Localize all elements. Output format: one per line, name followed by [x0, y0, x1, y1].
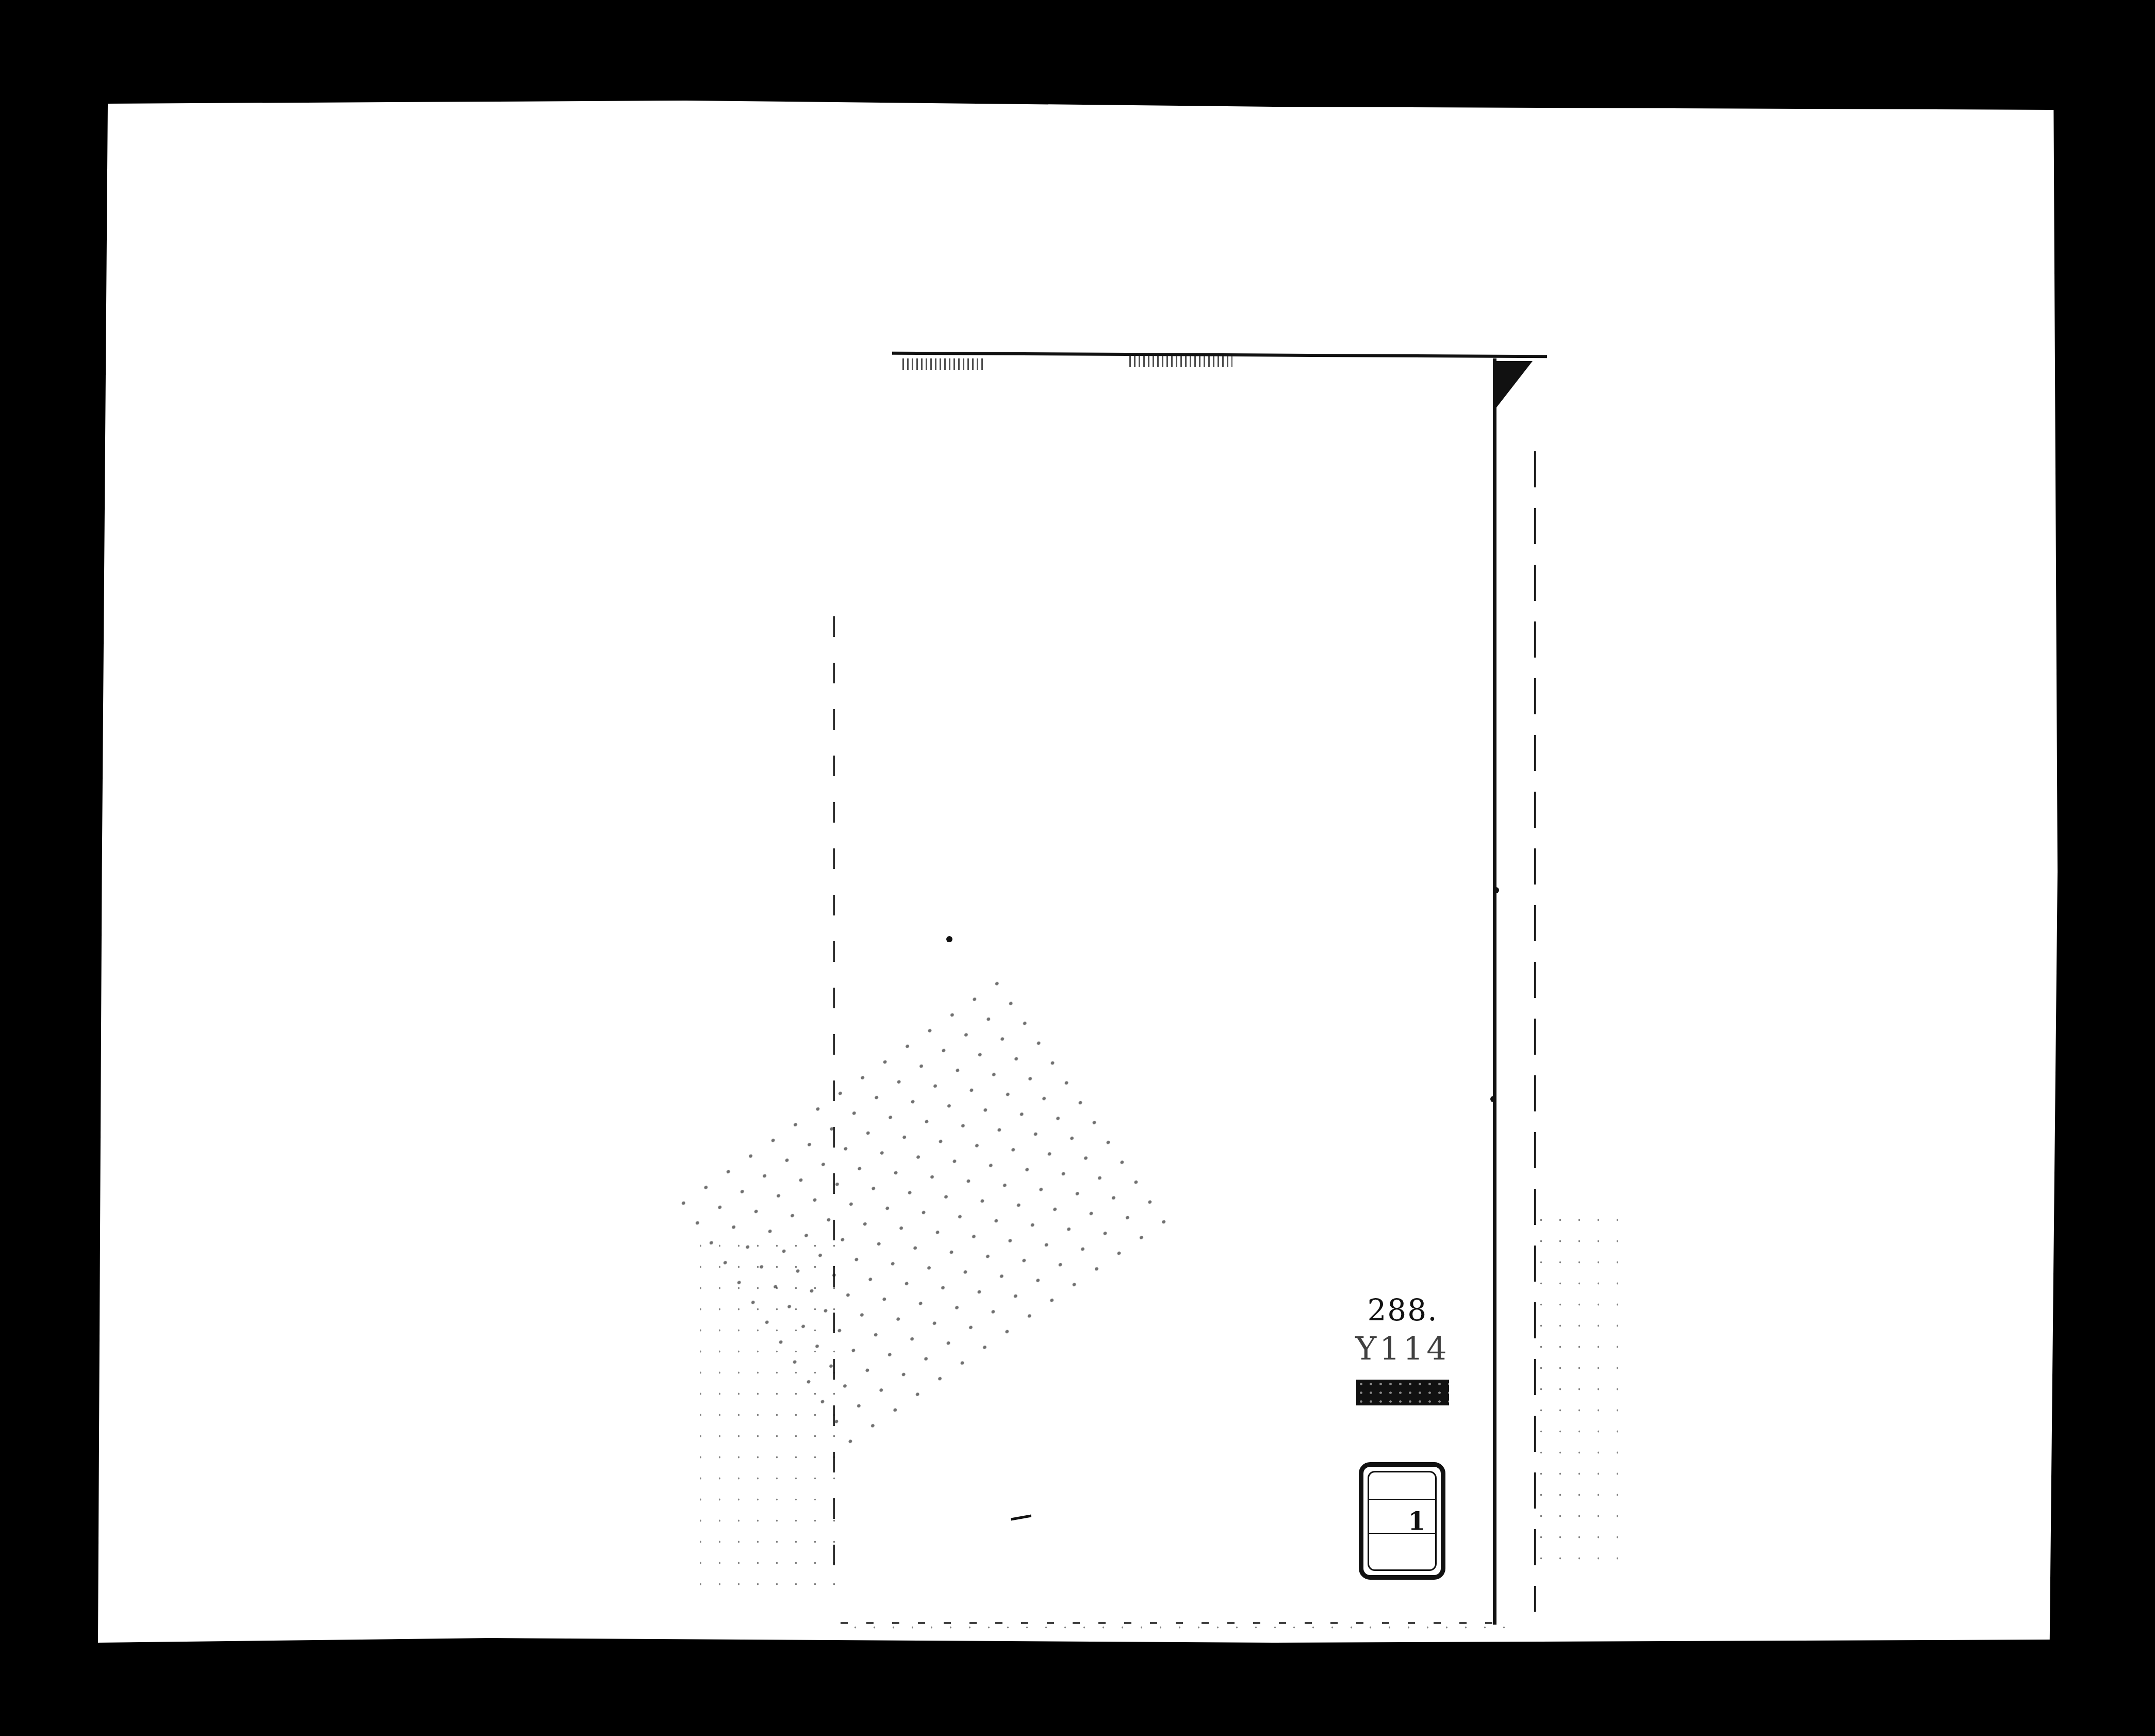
- spine-corner-fold: [1496, 361, 1533, 407]
- volume-label-border: [1368, 1471, 1437, 1571]
- call-number-bar: [1356, 1380, 1449, 1405]
- speck: [1011, 1515, 1031, 1521]
- scan-noise: [846, 1617, 1516, 1679]
- call-number-line1: 288.: [1351, 1292, 1454, 1328]
- call-number-line2: Y114: [1351, 1328, 1454, 1369]
- top-smudge: [902, 358, 985, 370]
- scan-noise: [1532, 1209, 1635, 1570]
- scanned-page: 288. Y114 1: [98, 101, 2058, 1643]
- volume-number: 1: [1408, 1507, 1425, 1536]
- top-smudge: [1129, 356, 1232, 367]
- spine-edge: [1493, 358, 1496, 1625]
- speck: [1490, 1096, 1496, 1102]
- call-number-label: 288. Y114: [1351, 1292, 1454, 1405]
- speck: [1493, 887, 1499, 893]
- volume-label-divider: [1368, 1533, 1437, 1534]
- speck: [946, 936, 952, 942]
- volume-label-divider: [1368, 1499, 1437, 1500]
- volume-label: 1: [1359, 1462, 1445, 1580]
